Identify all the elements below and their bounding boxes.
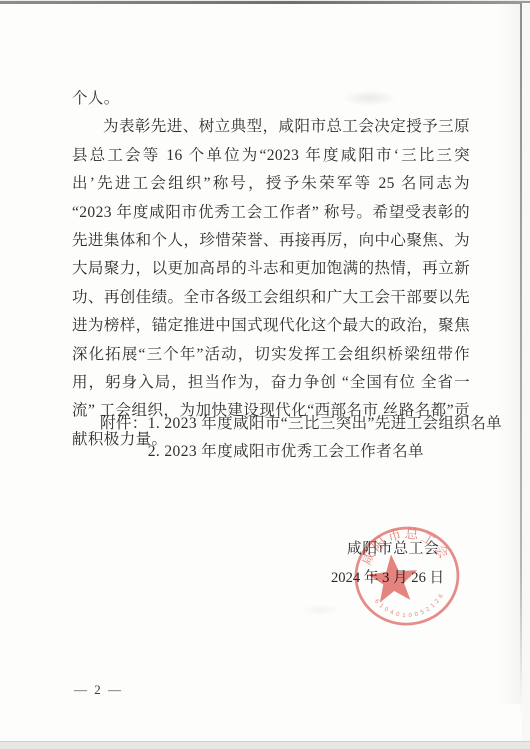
document-body: 个人。 为表彰先进、树立典型，咸阳市总工会决定授予三原县总工会等 16 个单位为… <box>72 85 470 454</box>
attachment-item-1: 1. 2023 年度咸阳市“三比三突出”先进工会组织名单 <box>148 410 502 438</box>
main-paragraph: 为表彰先进、树立典型，咸阳市总工会决定授予三原县总工会等 16 个单位为“202… <box>72 113 470 454</box>
paragraph-continuation: 个人。 <box>72 85 470 113</box>
attachment-items: 1. 2023 年度咸阳市“三比三突出”先进工会组织名单 2. 2023 年度咸… <box>148 410 502 467</box>
scan-edge-right-line <box>520 3 522 715</box>
scan-edge-bottom-strip <box>0 741 530 749</box>
scan-edge-top-line <box>0 1 530 4</box>
page-number: — 2 — <box>74 682 123 698</box>
scan-smudge <box>300 604 340 616</box>
attachment-block: 附件： 1. 2023 年度咸阳市“三比三突出”先进工会组织名单 2. 2023… <box>100 410 472 467</box>
scan-edge-right-shadow <box>498 4 520 704</box>
attachment-label: 附件： <box>100 410 148 467</box>
scan-edge-right-margin <box>522 3 530 749</box>
attachment-item-2: 2. 2023 年度咸阳市优秀工会工作者名单 <box>148 438 502 466</box>
official-seal: 咸阳市总工会 6104010052126 <box>333 513 482 640</box>
scanned-document-page: 个人。 为表彰先进、树立典型，咸阳市总工会决定授予三原县总工会等 16 个单位为… <box>0 0 530 749</box>
